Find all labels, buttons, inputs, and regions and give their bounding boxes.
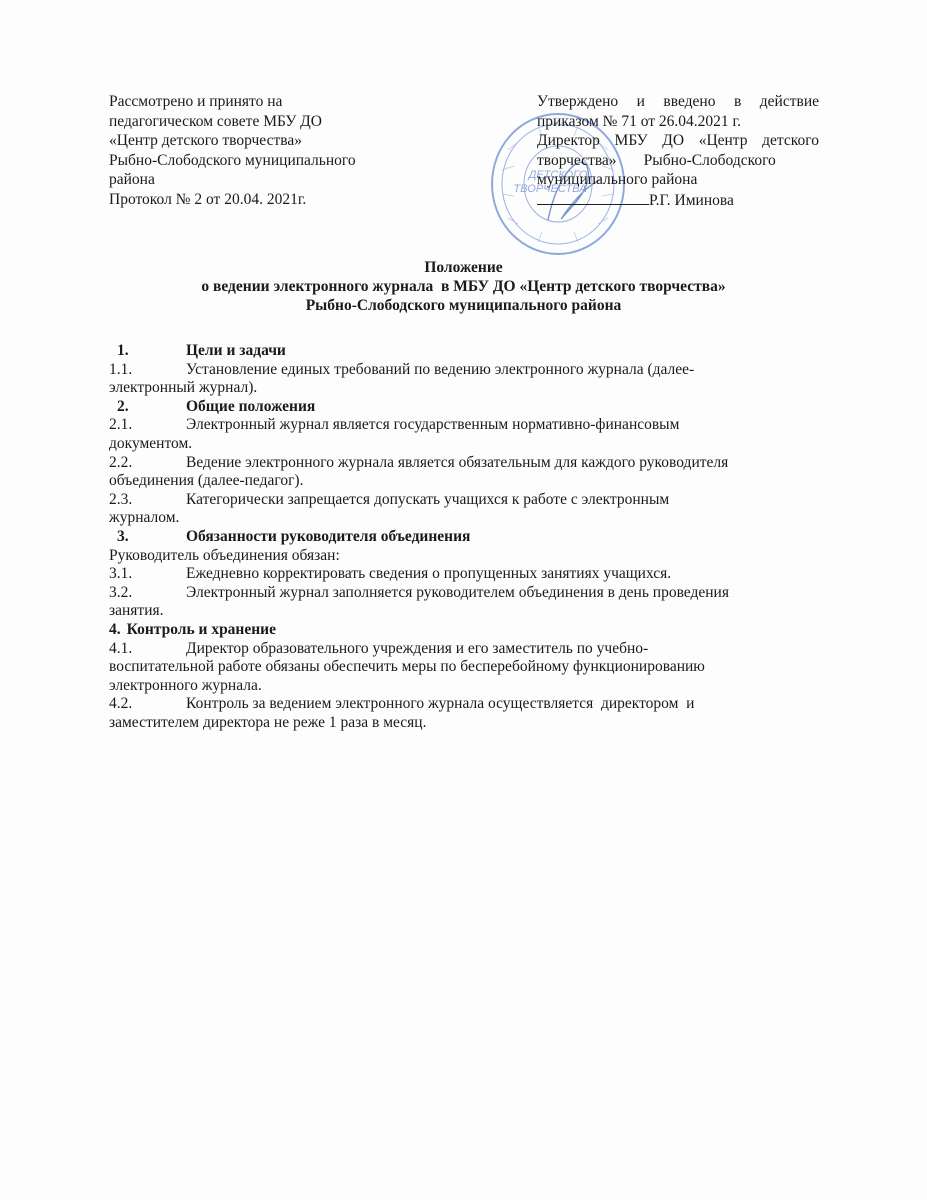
signature-line — [537, 190, 649, 205]
section-intro: Руководитель объединения обязан: — [109, 547, 837, 566]
signature-row: Р.Г. Иминова — [537, 190, 819, 211]
approval-block-council: Рассмотрено и принято на педагогическом … — [109, 92, 439, 209]
clause-continuation: воспитательной работе обязаны обеспечить… — [109, 658, 837, 677]
order-line: приказом № 71 от 26.04.2021 г. — [537, 112, 819, 132]
approval-line: «Центр детского творчества» — [109, 131, 439, 151]
clause-continuation: электронного журнала. — [109, 677, 837, 696]
clause: 2.2.Ведение электронного журнала являетс… — [109, 454, 837, 473]
clause: 2.1.Электронный журнал является государс… — [109, 416, 837, 435]
clause: 4.1.Директор образовательного учреждения… — [109, 640, 837, 659]
clause: 3.2.Электронный журнал заполняется руков… — [109, 584, 837, 603]
document-title: Положение о ведении электронного журнала… — [100, 258, 827, 315]
signatory-name: Р.Г. Иминова — [649, 192, 734, 209]
clause-continuation: занятия. — [109, 602, 837, 621]
approval-line: района — [109, 170, 439, 190]
approval-line: Рассмотрено и принято на — [109, 92, 439, 112]
approval-line: творчества» Рыбно-Слободского — [537, 151, 819, 171]
clause-continuation: объединения (далее-педагог). — [109, 472, 837, 491]
clause: 1.1.Установление единых требований по ве… — [109, 361, 837, 380]
approval-line: Утверждено и введено в действие — [537, 92, 819, 112]
clause-continuation: документом. — [109, 435, 837, 454]
title-line: Рыбно-Слободского муниципального района — [100, 296, 827, 315]
clause-continuation: заместителем директора не реже 1 раза в … — [109, 714, 837, 733]
section-heading: 1.Цели и задачи — [117, 342, 837, 361]
approval-line: Директор МБУ ДО «Центр детского — [537, 131, 819, 151]
clause-continuation: журналом. — [109, 509, 837, 528]
document-page: Рассмотрено и принято на педагогическом … — [0, 0, 927, 1200]
clause: 4.2.Контроль за ведением электронного жу… — [109, 695, 837, 714]
approval-line: муниципального района — [537, 170, 819, 190]
section-heading: 3.Обязанности руководителя объединения — [117, 528, 837, 547]
protocol-line: Протокол № 2 от 20.04. 2021г. — [109, 190, 439, 210]
clause-continuation: электронный журнал). — [109, 379, 837, 398]
title-line: Положение — [100, 258, 827, 277]
approval-line: педагогическом совете МБУ ДО — [109, 112, 439, 132]
section-heading: 2.Общие положения — [117, 398, 837, 417]
section-heading: 4.Контроль и хранение — [109, 621, 837, 640]
clause: 2.3.Категорически запрещается допускать … — [109, 491, 837, 510]
title-line: о ведении электронного журнала в МБУ ДО … — [100, 277, 827, 296]
approval-line: Рыбно-Слободского муниципального — [109, 151, 439, 171]
clause: 3.1.Ежедневно корректировать сведения о … — [109, 565, 837, 584]
document-body: 1.Цели и задачи 1.1.Установление единых … — [117, 342, 837, 732]
approval-block-director: Утверждено и введено в действие приказом… — [537, 92, 819, 210]
